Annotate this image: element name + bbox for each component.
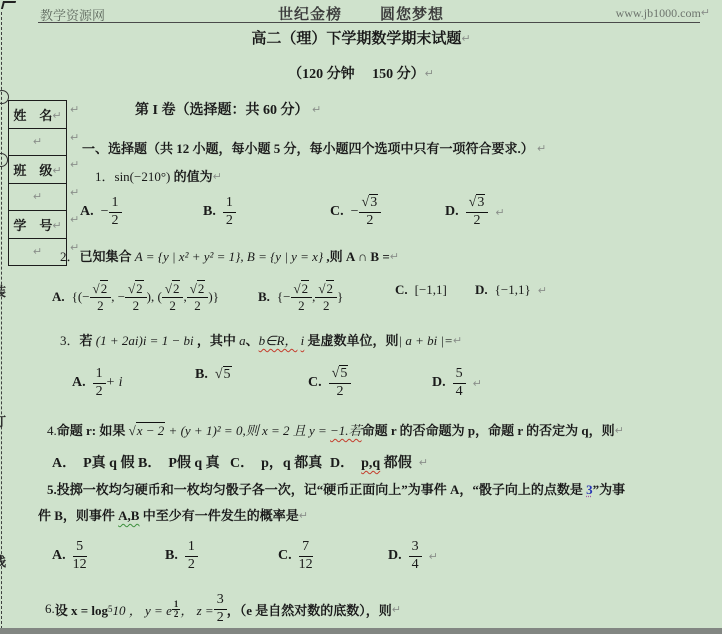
student-info-table: 姓 名↵ ↵ 班 级↵ ↵ 学 号↵ ↵ xyxy=(8,100,67,266)
question-5-stem-line1: 5.投掷一枚均匀硬币和一枚均匀骰子各一次，记“硬币正面向上”为事件 A，“骰子向… xyxy=(47,479,625,498)
paragraph-mark: ↵ xyxy=(52,109,61,122)
choice-directions: 一、选择题（共 12 小题，每小题 5 分，每小题四个选项中只有一项符合要求.）… xyxy=(82,138,546,157)
paragraph-mark: ↵ xyxy=(615,424,624,437)
q4-option-b[interactable]: B．P假 q 真 xyxy=(138,452,220,472)
binding-hole-icon xyxy=(0,153,8,167)
paragraph-mark: ↵ xyxy=(392,603,401,616)
q3-option-d[interactable]: D. 54 ↵ xyxy=(432,367,482,399)
binding-char-ding: 订 xyxy=(0,411,6,430)
brand-name: 世纪金榜 xyxy=(278,7,342,23)
paragraph-mark: ↵ xyxy=(495,206,504,219)
q3-equation: (1 + 2ai)i = 1 − bi xyxy=(96,333,194,348)
section-1-title: 第 I 卷（选择题：共 60 分） ↵ xyxy=(135,99,321,119)
radical-icon: √ xyxy=(294,281,301,296)
paragraph-mark: ↵ xyxy=(312,103,321,116)
paragraph-mark: ↵ xyxy=(213,170,222,183)
brand-slogan: 世纪金榜圆您梦想 xyxy=(0,3,722,24)
q4-option-a[interactable]: A．P真 q 假 xyxy=(52,452,134,472)
spellcheck-red-squiggle: b∈R， xyxy=(259,333,298,348)
student-number-input-cell[interactable]: ↵ xyxy=(9,238,67,266)
q2-option-a[interactable]: A. {(−√22, −√22), (√22, √22)} xyxy=(52,282,219,312)
q4-option-d[interactable]: D．p,q 都假↵ xyxy=(330,452,428,472)
paragraph-mark: ↵ xyxy=(538,284,547,297)
q3-option-b[interactable]: B. √5 xyxy=(195,367,232,383)
paragraph-mark: ↵ xyxy=(461,32,470,45)
paragraph-mark: ↵ xyxy=(299,509,308,522)
class-label-cell: 班 级↵ xyxy=(9,156,67,184)
brand-tagline: 圆您梦想 xyxy=(380,7,444,23)
q2-math: A = {y | x² + y² = 1}, B = {y | y = x} xyxy=(135,249,323,264)
name-input-cell[interactable]: ↵ xyxy=(9,128,67,156)
page-bottom-edge xyxy=(0,628,722,634)
site-url: www.jb1000.com↵ xyxy=(616,6,710,21)
paragraph-mark: ↵ xyxy=(52,164,61,177)
header-divider xyxy=(38,22,700,23)
paragraph-mark: ↵ xyxy=(419,456,428,469)
paragraph-mark: ↵ xyxy=(70,103,82,116)
question-5-stem-line2: 件 B，则事件 A,B 中至少有一件发生的概率是↵ xyxy=(38,505,308,524)
exam-title: 高二（理）下学期数学期末试题↵ xyxy=(0,27,722,48)
radical-icon: √ xyxy=(165,281,172,296)
q4-option-c[interactable]: C．p，q 都真 xyxy=(230,452,322,472)
q5-option-d[interactable]: D. 34 ↵ xyxy=(388,540,438,572)
question-6-stem: 6.设 x = log510 ， y = e12， z = 32，（e 是自然对… xyxy=(45,593,401,625)
q2-option-b[interactable]: B. {−√22, √22} xyxy=(258,282,343,312)
q5-option-b[interactable]: B. 12 xyxy=(165,540,198,572)
q1-math: sin(−210°) xyxy=(115,169,171,184)
name-label-cell: 姓 名↵ xyxy=(9,101,67,129)
q1-option-d[interactable]: D. √32 ↵ xyxy=(445,196,505,228)
question-1-stem: 1．sin(−210°) 的值为↵ xyxy=(95,166,222,185)
paragraph-mark: ↵ xyxy=(390,250,399,263)
exponent-fraction: 12 xyxy=(172,600,181,619)
spellcheck-red-squiggle: −1.若 xyxy=(330,423,362,438)
question-4-options: A．P真 q 假 B．P假 q 真 C．p，q 都真 D．p,q 都假↵ xyxy=(0,452,722,472)
question-5-options: A. 512 B. 12 C. 712 D. 34 ↵ xyxy=(0,540,722,582)
q5-option-a[interactable]: A. 512 xyxy=(52,540,87,572)
q2-option-d[interactable]: D. {−1,1} ↵ xyxy=(475,282,547,298)
q1-option-a[interactable]: A. −12 xyxy=(80,196,122,228)
q1-option-b[interactable]: B. 12 xyxy=(203,196,236,228)
paragraph-mark: ↵ xyxy=(33,135,42,148)
paragraph-mark: ↵ xyxy=(33,245,42,258)
paragraph-mark: ↵ xyxy=(70,158,82,171)
question-3-stem: 3．若 (1 + 2ai)i = 1 − bi ，其中 a、b∈R， i 是虚数… xyxy=(60,330,462,349)
q3-option-c[interactable]: C. √52 xyxy=(308,367,351,399)
exam-duration: （120 分钟 150 分）↵ xyxy=(0,63,722,83)
paragraph-mark: ↵ xyxy=(70,131,82,144)
grammar-green-squiggle: A,B xyxy=(118,508,139,523)
radical-icon: √ xyxy=(190,281,197,296)
q3-option-a[interactable]: A. 12 + i xyxy=(72,367,122,399)
radical-icon: √ xyxy=(129,423,136,438)
radical-icon: √ xyxy=(215,367,223,382)
question-4-stem: 4.命题 r: 如果 √x − 2 + (y + 1)² = 0,则 x = 2… xyxy=(47,420,624,439)
paragraph-mark: ↵ xyxy=(537,142,546,155)
paragraph-mark: ↵ xyxy=(701,6,710,19)
question-2-options: A. {(−√22, −√22), (√22, √22)} B. {−√22, … xyxy=(0,282,722,326)
q1-option-c[interactable]: C. −√32 xyxy=(330,196,381,228)
question-1-options: A. −12 B. 12 C. −√32 D. √32 ↵ xyxy=(0,196,722,238)
paragraph-mark: ↵ xyxy=(429,550,438,563)
question-2-stem: 2．已知集合 A = {y | x² + y² = 1}, B = {y | y… xyxy=(60,246,399,265)
radical-icon: √ xyxy=(318,281,325,296)
radical-icon: √ xyxy=(93,281,100,296)
q2-option-c[interactable]: C. [−1,1] xyxy=(395,282,447,298)
paragraph-mark: ↵ xyxy=(453,334,462,347)
q5-option-c[interactable]: C. 712 xyxy=(278,540,313,572)
paragraph-mark: ↵ xyxy=(473,377,482,390)
exam-document-page: 装 订 线 教学资源网 世纪金榜圆您梦想 www.jb1000.com↵ 高二（… xyxy=(0,0,722,634)
question-3-options: A. 12 + i B. √5 C. √52 D. 54 ↵ xyxy=(0,367,722,409)
paragraph-mark: ↵ xyxy=(425,67,434,80)
spellcheck-red-squiggle: p,q xyxy=(361,456,380,471)
